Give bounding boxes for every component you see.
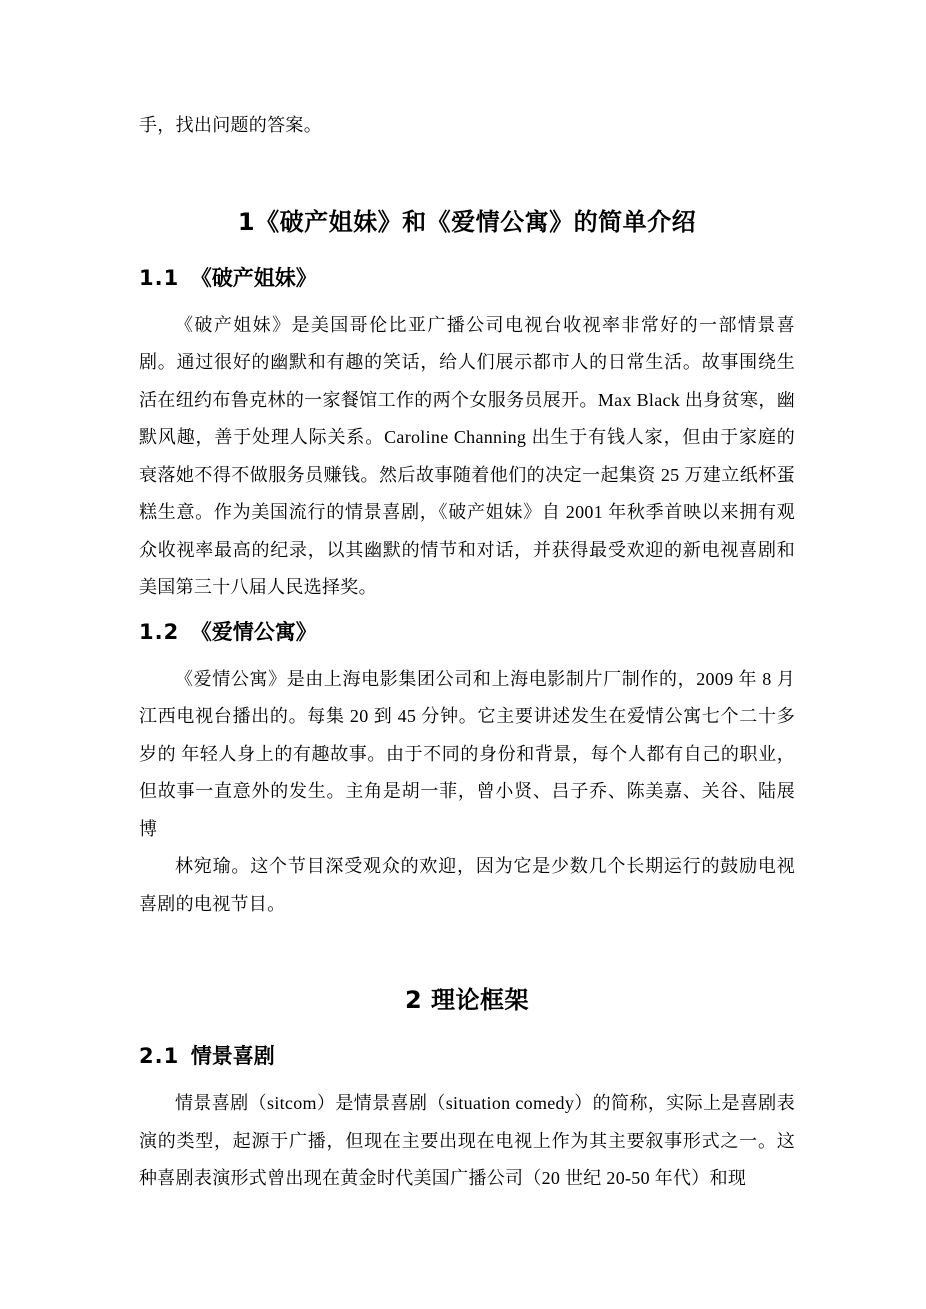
subsection-2-1-heading: 2.1情景喜剧 xyxy=(139,1041,795,1071)
subsection-2-1-number: 2.1 xyxy=(139,1041,179,1071)
paragraph-sitcom-definition: 情景喜剧（sitcom）是情景喜剧（situation comedy）的简称，实… xyxy=(139,1085,795,1198)
chapter-2-heading: 2 理论框架 xyxy=(139,985,795,1015)
subsection-1-2-title: 《爱情公寓》 xyxy=(191,620,317,644)
document-content: 手，找出问题的答案。 1《破产姐妹》和《爱情公寓》的简单介绍 1.1《破产姐妹》… xyxy=(139,107,795,1198)
subsection-1-2-heading: 1.2《爱情公寓》 xyxy=(139,617,795,647)
paragraph-broke-girls-intro: 《破产姐妹》是美国哥伦比亚广播公司电视台收视率非常好的一部情景喜剧。通过很好的幽… xyxy=(139,307,795,607)
chapter-1-heading: 1《破产姐妹》和《爱情公寓》的简单介绍 xyxy=(139,207,795,237)
paragraph-ipartment-continued: 林宛瑜。这个节目深受观众的欢迎，因为它是少数几个长期运行的鼓励电视喜剧的电视节目… xyxy=(139,848,795,923)
subsection-1-1-title: 《破产姐妹》 xyxy=(191,266,317,290)
subsection-1-1-heading: 1.1《破产姐妹》 xyxy=(139,263,795,293)
leading-paragraph: 手，找出问题的答案。 xyxy=(139,107,795,145)
subsection-1-2-number: 1.2 xyxy=(139,617,179,647)
paragraph-ipartment-intro: 《爱情公寓》是由上海电影集团公司和上海电影制片厂制作的，2009 年 8 月江西… xyxy=(139,661,795,849)
subsection-1-1-number: 1.1 xyxy=(139,263,179,293)
document-page: 手，找出问题的答案。 1《破产姐妹》和《爱情公寓》的简单介绍 1.1《破产姐妹》… xyxy=(0,0,926,1309)
subsection-2-1-title: 情景喜剧 xyxy=(191,1044,275,1068)
